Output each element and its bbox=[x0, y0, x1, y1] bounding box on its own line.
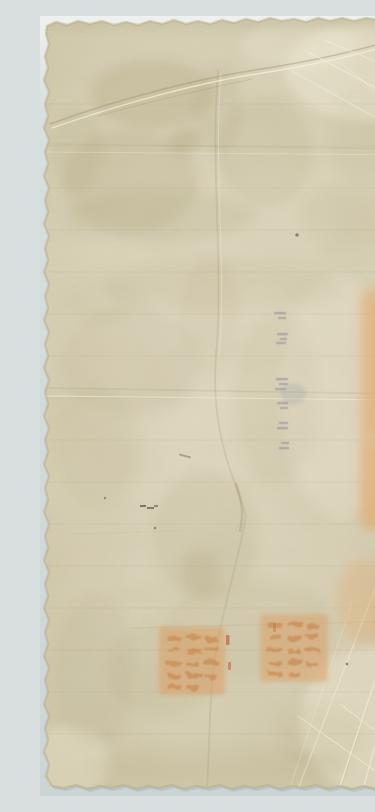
paper-surface bbox=[40, 16, 375, 796]
paper-photo-svg bbox=[40, 16, 375, 796]
orange-band-stamp bbox=[360, 288, 375, 530]
banknote-photo bbox=[40, 16, 375, 796]
ink-smudge bbox=[280, 383, 306, 405]
seal-stamp-right bbox=[260, 614, 328, 682]
